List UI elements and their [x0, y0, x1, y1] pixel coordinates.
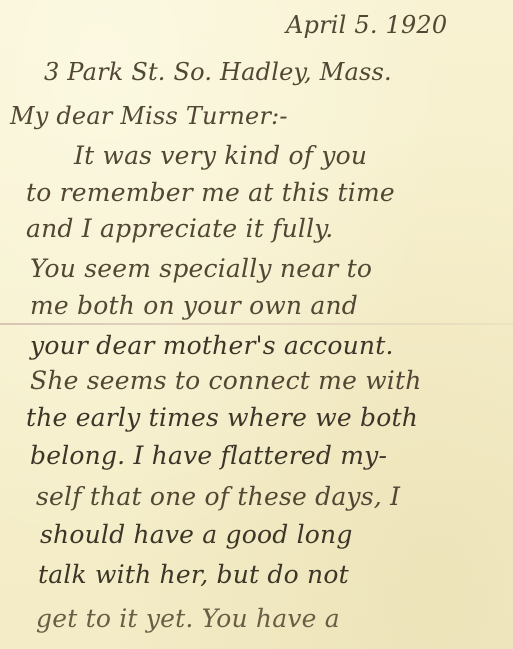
letter-salutation: My dear Miss Turner:- — [10, 104, 288, 128]
paper-fold-line — [0, 323, 513, 325]
body-line: and I appreciate it fully. — [26, 216, 333, 241]
body-line: self that one of these days, I — [36, 484, 400, 509]
body-line: should have a good long — [40, 522, 353, 547]
body-line: to remember me at this time — [26, 180, 395, 205]
body-line: It was very kind of you — [74, 143, 367, 168]
body-line: belong. I have flattered my- — [30, 443, 387, 468]
letter-date: April 5. 1920 — [286, 13, 447, 37]
body-line: get to it yet. You have a — [36, 606, 340, 631]
body-line: the early times where we both — [26, 405, 418, 430]
body-line: talk with her, but do not — [38, 562, 349, 587]
letter-address: 3 Park St. So. Hadley, Mass. — [44, 60, 392, 84]
body-line: She seems to connect me with — [30, 368, 422, 393]
letter-page: April 5. 1920 3 Park St. So. Hadley, Mas… — [0, 0, 513, 649]
body-line: your dear mother's account. — [30, 333, 394, 358]
body-line: You seem specially near to — [30, 256, 372, 281]
body-line: me both on your own and — [30, 293, 358, 318]
